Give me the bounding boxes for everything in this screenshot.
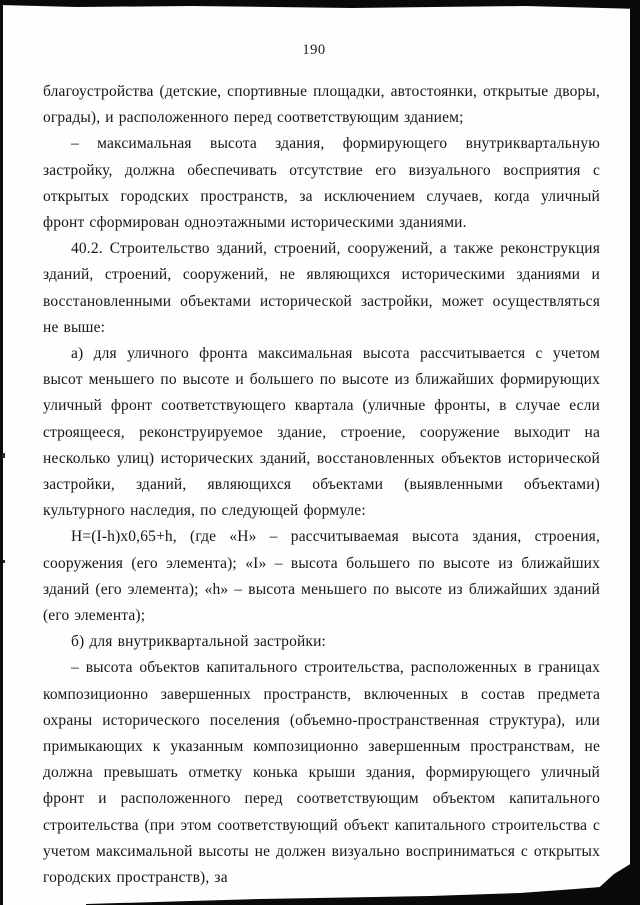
paragraph: 40.2. Строительство зданий, строений, со… <box>43 236 600 341</box>
document-body: благоустройства (детские, спортивные пло… <box>43 79 600 891</box>
page-number: 190 <box>0 42 628 59</box>
paragraph: H=(I-h)x0,65+h, (где «Н» – рассчитываема… <box>43 524 600 629</box>
paragraph: благоустройства (детские, спортивные пло… <box>43 79 600 131</box>
paragraph: – максимальная высота здания, формирующе… <box>43 131 600 236</box>
scan-border-right <box>630 0 640 905</box>
paragraph: – высота объектов капитального строитель… <box>43 655 600 891</box>
scan-speck <box>2 453 5 458</box>
paragraph: б) для внутриквартальной застройки: <box>43 629 600 655</box>
scanned-document-page: 190 благоустройства (детские, спортивные… <box>0 0 640 905</box>
scan-speck <box>3 560 5 563</box>
paragraph: а) для уличного фронта максимальная высо… <box>43 341 600 524</box>
